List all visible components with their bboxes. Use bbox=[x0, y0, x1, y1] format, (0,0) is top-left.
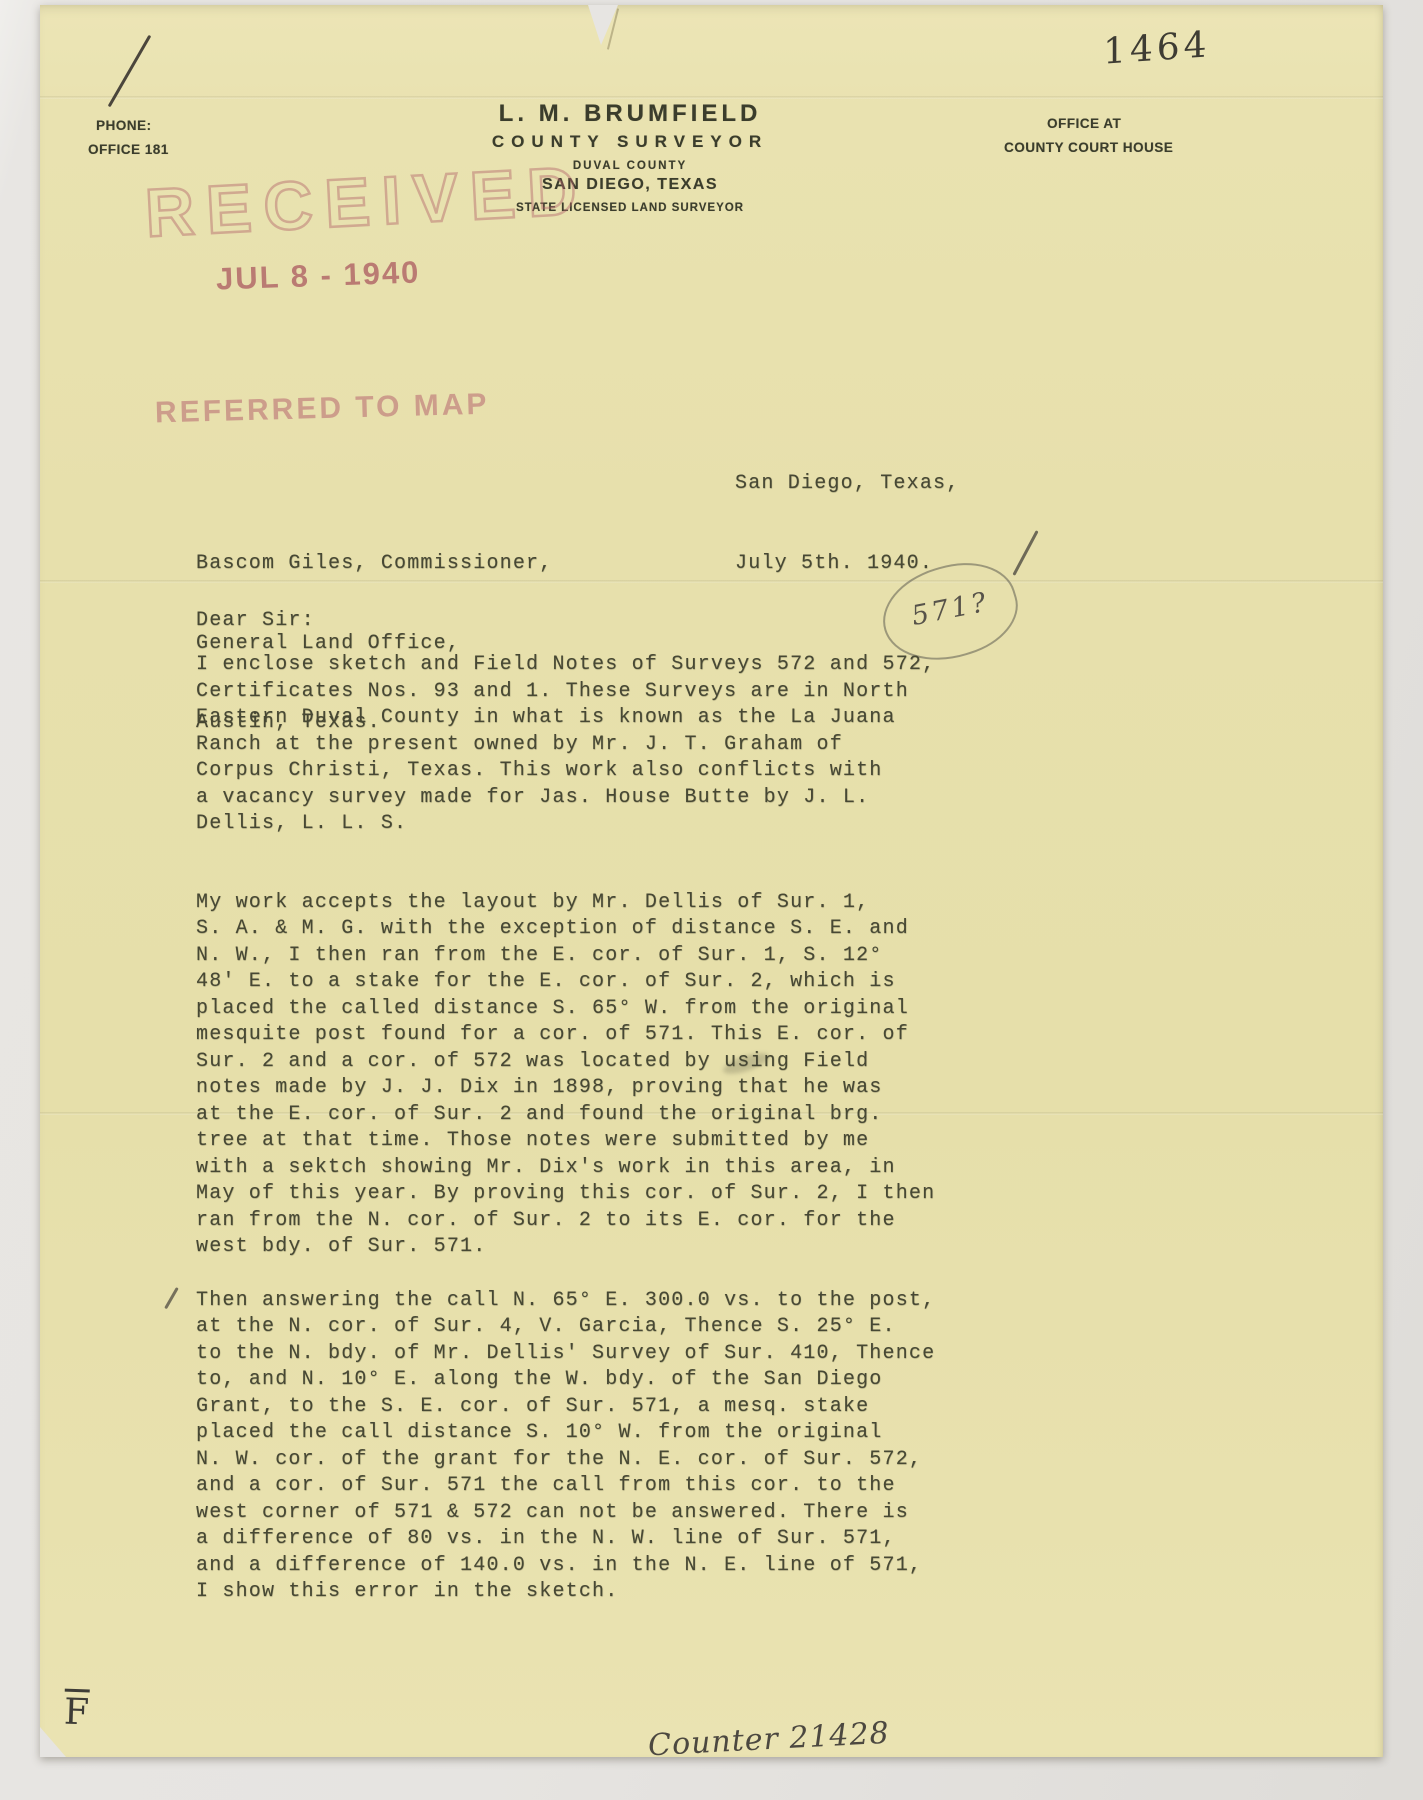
letter-line: 48' E. to a stake for the E. cor. of Sur… bbox=[196, 969, 996, 996]
letter-body: I enclose sketch and Field Notes of Surv… bbox=[196, 652, 996, 1633]
letter-line: I show this error in the sketch. bbox=[196, 1579, 996, 1606]
letter-line: Eastern Duval County in what is known as… bbox=[196, 705, 996, 732]
letter-line: S. A. & M. G. with the exception of dist… bbox=[196, 916, 996, 943]
letter-line: Grant, to the S. E. cor. of Sur. 571, a … bbox=[196, 1394, 996, 1421]
letter-line: tree at that time. Those notes were subm… bbox=[196, 1128, 996, 1155]
letter-line: placed the call distance S. 10° W. from … bbox=[196, 1420, 996, 1447]
dateline-city: San Diego, Texas, bbox=[735, 471, 959, 498]
letter-line: I enclose sketch and Field Notes of Surv… bbox=[196, 652, 996, 679]
letter-line: Dellis, L. L. S. bbox=[196, 811, 996, 838]
letter-line: ran from the N. cor. of Sur. 2 to its E.… bbox=[196, 1208, 996, 1235]
letter-line: with a sektch showing Mr. Dix's work in … bbox=[196, 1155, 996, 1182]
letter-line: N. W. cor. of the grant for the N. E. co… bbox=[196, 1447, 996, 1474]
phone-label: PHONE: bbox=[96, 118, 152, 133]
letter-line: notes made by J. J. Dix in 1898, proving… bbox=[196, 1075, 996, 1102]
letter-line: west corner of 571 & 572 can not be answ… bbox=[196, 1500, 996, 1527]
letter-paragraph: I enclose sketch and Field Notes of Surv… bbox=[196, 652, 996, 838]
surveyor-title: COUNTY SURVEYOR bbox=[380, 132, 880, 152]
letter-paragraph: My work accepts the layout by Mr. Dellis… bbox=[196, 890, 996, 1261]
letter-line: west bdy. of Sur. 571. bbox=[196, 1234, 996, 1261]
letter-line: to the N. bdy. of Mr. Dellis' Survey of … bbox=[196, 1341, 996, 1368]
letter-line: to, and N. 10° E. along the W. bdy. of t… bbox=[196, 1367, 996, 1394]
letter-line: and a cor. of Sur. 571 the call from thi… bbox=[196, 1473, 996, 1500]
office-at-line2: COUNTY COURT HOUSE bbox=[1004, 140, 1173, 155]
letter-line: My work accepts the layout by Mr. Dellis… bbox=[196, 890, 996, 917]
file-mark: F bbox=[63, 1692, 89, 1734]
letter-line: May of this year. By proving this cor. o… bbox=[196, 1181, 996, 1208]
office-at-line1: OFFICE AT bbox=[1047, 116, 1121, 131]
letter-line: and a difference of 140.0 vs. in the N. … bbox=[196, 1553, 996, 1580]
letter-line: placed the called distance S. 65° W. fro… bbox=[196, 996, 996, 1023]
letter-line: at the E. cor. of Sur. 2 and found the o… bbox=[196, 1102, 996, 1129]
letter-line: a vacancy survey made for Jas. House But… bbox=[196, 785, 996, 812]
letter-line: Then answering the call N. 65° E. 300.0 … bbox=[196, 1288, 996, 1315]
salutation: Dear Sir: bbox=[196, 608, 315, 635]
circled-note-text: 571? bbox=[909, 587, 991, 632]
letter-line: Certificates Nos. 93 and 1. These Survey… bbox=[196, 679, 996, 706]
letter-line: Ranch at the present owned by Mr. J. T. … bbox=[196, 732, 996, 759]
scanned-letter-page: 1464 PHONE: OFFICE 181 L. M. BRUMFIELD C… bbox=[0, 0, 1423, 1800]
letter-paragraph: Then answering the call N. 65° E. 300.0 … bbox=[196, 1288, 996, 1606]
letter-line: N. W., I then ran from the E. cor. of Su… bbox=[196, 943, 996, 970]
recipient-name: Bascom Giles, Commissioner, bbox=[196, 551, 552, 578]
phone-value: OFFICE 181 bbox=[88, 142, 169, 157]
fold-crease bbox=[40, 96, 1383, 99]
corner-fold bbox=[40, 1727, 66, 1757]
received-date-stamp: JUL 8 - 1940 bbox=[215, 254, 421, 297]
surveyor-name: L. M. BRUMFIELD bbox=[380, 100, 880, 128]
letter-line: Corpus Christi, Texas. This work also co… bbox=[196, 758, 996, 785]
letter-line: mesquite post found for a cor. of 571. T… bbox=[196, 1022, 996, 1049]
letter-line: at the N. cor. of Sur. 4, V. Garcia, The… bbox=[196, 1314, 996, 1341]
archive-page-number: 1464 bbox=[1103, 24, 1210, 73]
letter-line: Sur. 2 and a cor. of 572 was located by … bbox=[196, 1049, 996, 1076]
letter-line: a difference of 80 vs. in the N. W. line… bbox=[196, 1526, 996, 1553]
